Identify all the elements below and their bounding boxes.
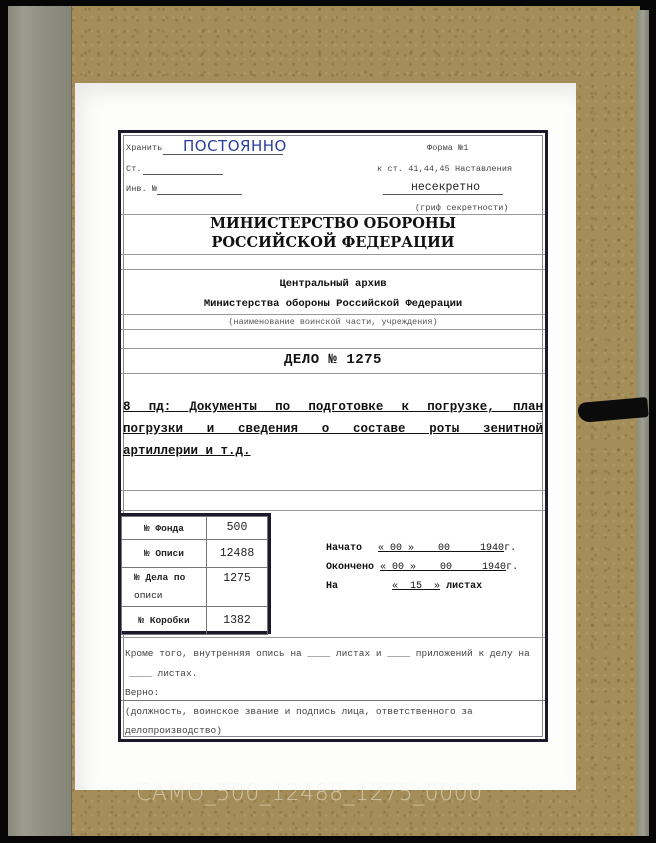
divider [121,269,545,270]
case-title: ДЕЛО № 1275 [121,352,545,368]
delo-label-line2: описи [134,587,202,605]
classification: несекретно [411,181,480,194]
started-value: « 00 » 00 1940 [378,543,504,554]
archive-line2: Министерства обороны Российской Федераци… [121,298,545,310]
ministry-line1: МИНИСТЕРСТВО ОБОРОНЫ [121,215,545,232]
inv-underline [157,194,242,195]
st-underline [143,174,223,175]
sheets-label: На [326,581,338,592]
inventory-note-line2: ____ листах. [129,668,197,679]
archive-codes-table: № Фонда 500 № Описи 12488 № Дела по опис… [121,513,271,634]
delo-label: № Дела по описи [122,568,207,607]
ended-label: Окончено [326,562,374,573]
form-number: Форма №1 [427,143,469,153]
description-line-1: 8 пд: Документы по подготовке к погрузке… [123,396,543,418]
divider [121,510,545,511]
fond-value: 500 [207,517,268,540]
fond-label: № Фонда [122,517,207,540]
st-label: Ст. [126,164,142,174]
description-line-2: погрузки и сведения о составе роты зенит… [123,418,543,440]
ministry-line2: РОССИЙСКОЙ ФЕДЕРАЦИИ [121,234,545,251]
binding-strip-left [8,6,72,836]
instruction-reference: к ст. 41,44,45 Наставления [377,164,512,174]
inventory-note-line1: Кроме того, внутренняя опись на ____ лис… [125,648,530,659]
institution-caption: (наименование воинской части, учреждения… [121,317,545,327]
divider [121,700,545,701]
certified-label: Верно: [125,687,159,698]
divider [121,490,545,491]
box-label: № Коробки [122,607,207,635]
classification-caption: (гриф секретности) [415,203,509,213]
table-row: № Фонда 500 [122,517,268,540]
keep-label: Хранить [126,143,162,153]
classification-underline [383,194,503,195]
form-frame: Хранить ПОСТОЯННО Ст. Инв. № Форма №1 к … [118,130,548,742]
box-value: 1382 [207,607,268,635]
delo-value: 1275 [207,568,268,607]
inv-label: Инв. № [126,184,157,194]
table-row: № Коробки 1382 [122,607,268,635]
divider [121,254,545,255]
divider [121,348,545,349]
archive-line1: Центральный архив [121,278,545,290]
started-row: Начато « 00 » 00 1940г. [326,543,516,554]
divider [121,637,545,638]
table-row: № Описи 12488 [122,540,268,568]
responsible-line2: делопроизводство) [125,725,222,736]
divider [121,329,545,330]
started-suffix: г. [504,543,516,554]
responsible-line1: (должность, воинское звание и подпись ли… [125,706,473,717]
binding-strip-right [637,10,649,836]
ended-value: « 00 » 00 1940 [380,562,506,573]
archive-watermark: CAMO_500_12488_1275_0000 [136,781,483,806]
started-label: Начато [326,543,362,554]
divider [121,314,545,315]
delo-label-line1: № Дела по [134,569,202,587]
opis-label: № Описи [122,540,207,568]
opis-value: 12488 [207,540,268,568]
sheets-value: « 15 » [392,581,440,592]
case-description: 8 пд: Документы по подготовке к погрузке… [123,396,543,462]
keep-stamp: ПОСТОЯННО [183,137,287,155]
sheets-suffix: листах [446,581,482,592]
divider [121,373,545,374]
table-row: № Дела по описи 1275 [122,568,268,607]
description-line-3: артиллерии и т.д. [123,440,543,462]
ended-row: Окончено « 00 » 00 1940г. [326,562,518,573]
sheets-row: На « 15 » листах [326,581,482,592]
ended-suffix: г. [506,562,518,573]
